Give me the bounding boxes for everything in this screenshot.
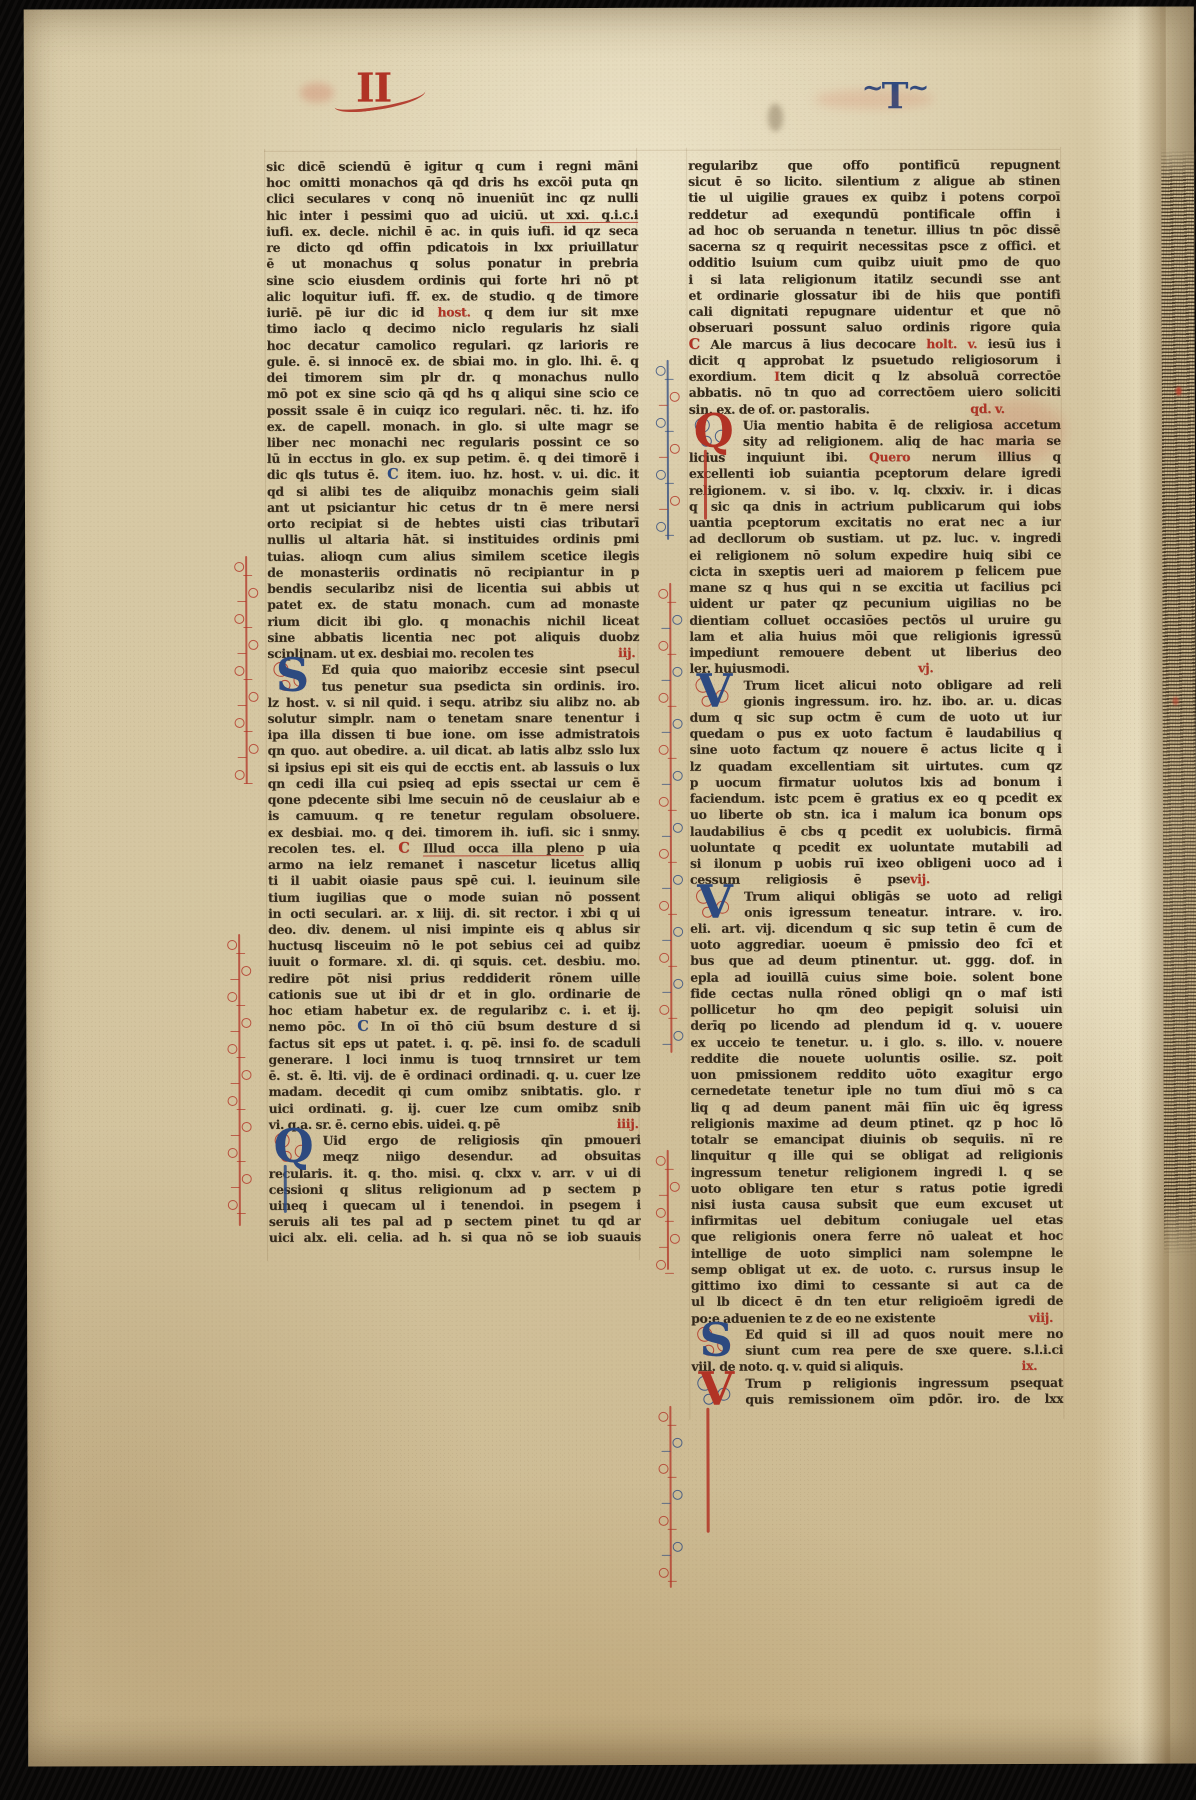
line-text: cessioni q slitus religionum ad p sectem… — [269, 1181, 641, 1198]
line-text: abbatis. nō tn quo ad correctōem uiero s… — [689, 384, 1061, 401]
line-text: liq q ad deum panent māi fiīn uic ēq igr… — [691, 1098, 1063, 1115]
text-segment-k: religionem. v. si ibo. v. lq. clxxiv. ir… — [689, 482, 1061, 498]
text-line: seruis ali tes pal ad p sectem pinet tu … — [269, 1213, 641, 1230]
line-text: intellige de uoto simplici nam solempne … — [691, 1245, 1063, 1262]
text-line: ul lb dicect ē dn ten etur religioēm igr… — [691, 1293, 1063, 1310]
text-segment-k: iuriē. pē iur dic id — [266, 305, 437, 320]
text-segment-k: Trum p religionis ingressum psequat — [745, 1374, 1063, 1390]
line-text: bus que ad deum ptinentur. ut. ggg. dof.… — [690, 952, 1062, 969]
ruling-line — [264, 149, 1060, 152]
line-text: meqz niigo desendur. ad obsuitas — [323, 1148, 641, 1165]
text-segment-k: cernedetate tenetur iple no tum dīui mō … — [691, 1082, 1063, 1098]
text-segment-r: holt. v. — [926, 336, 977, 351]
flourish-curl — [658, 641, 668, 651]
text-segment-k: iuuit o formare. xl. di. qi squis. cet. … — [268, 953, 640, 969]
initial-letter: V — [688, 884, 740, 918]
text-line: hoc decatur camolico regulari. qz larior… — [267, 337, 639, 354]
line-text: laudabilius ē cbs q pcedit ex uolubicis.… — [690, 822, 1062, 839]
flourish-curl — [672, 1438, 682, 1448]
text-line: armo na ielz remanet i nascetur licetus … — [268, 856, 640, 873]
line-text: regularibz que offo pontificū repugnent — [688, 157, 1060, 174]
text-segment-k: alic loquitur iufi. ff. ex. de studio. q… — [266, 288, 638, 304]
illuminated-initial-S: S — [689, 1323, 741, 1361]
text-segment-k: in octi seculari. ar. x liij. di. sit re… — [268, 905, 640, 921]
line-text: iufi. ex. decle. nichil ē ac. in quis iu… — [266, 223, 638, 240]
line-text: cationis sue ut ibi dr et in glo. ordina… — [268, 986, 640, 1003]
text-line: tium iugilias que o mode suian nō possen… — [268, 888, 640, 905]
line-text: ul lb dicect ē dn ten etur religioēm igr… — [691, 1293, 1063, 1310]
line-text: ad decllorum ob sustiam. ut pz. luc. v. … — [689, 530, 1061, 547]
text-segment-k: excellenti iob suiantia pceptorum delare… — [689, 465, 1061, 481]
text-segment-k: tuias. alioqn cum alius similem scetice … — [267, 548, 639, 564]
text-line: sacerna sz q requirit necessitas psce z … — [688, 238, 1060, 255]
initial-letter: V — [689, 1372, 741, 1406]
text-line: q sic qa dnis in actrium publicarum qui … — [689, 498, 1061, 515]
flourish-curl — [659, 1568, 669, 1578]
line-text: Uia mentio habita ē de religiosa accetum — [743, 417, 1061, 434]
flourish-curl — [659, 1005, 669, 1015]
text-segment-k: uoto aggrediar. uoeum ē pmissio deo fcī … — [690, 936, 1062, 952]
text-segment-k: sine uoto factum qz nouere ē actus licit… — [690, 741, 1062, 757]
line-text: mane sz q hus qui n se excitia ut facili… — [689, 579, 1061, 596]
text-line: solutur simplr. nam o tenetam snare tene… — [268, 710, 640, 727]
red-ink-speck — [1173, 697, 1179, 706]
text-line: uoto obligare ten etur s ratus potie igr… — [691, 1180, 1063, 1197]
line-text: p uocum firmatur uolutos lxis ad bonum i — [690, 774, 1062, 791]
initial-letter: Q — [267, 1129, 319, 1163]
text-line: uoto aggrediar. uoeum ē pmissio deo fcī … — [690, 936, 1062, 953]
folio-mark-right-text: T — [882, 75, 908, 117]
text-line: uineq i quecam ul i tenendoi. in psegem … — [269, 1197, 641, 1214]
section-numeral: vij. — [910, 871, 930, 887]
text-segment-k: p uocum firmatur uolutos lxis ad bonum i — [690, 774, 1062, 790]
adjacent-folio-edge — [1161, 148, 1196, 1256]
text-line: Ed quid si ill ad quos nouit mere no — [691, 1326, 1063, 1343]
text-segment-k: ē. st. ē. lti. vij. de ē ordinaci ordina… — [268, 1067, 640, 1083]
text-segment-k: linquitur q ille qui se obligat ad relig… — [691, 1147, 1063, 1163]
text-line: alic loquitur iufi. ff. ex. de studio. q… — [266, 288, 638, 305]
text-line: quis remissionem oīm pdōr. iro. de lxx — [691, 1391, 1063, 1408]
text-line: odditio lsuium cum quibz uiuit pmo de qu… — [688, 254, 1060, 271]
text-line: eli. art. vij. dicendum q sic sup tetin … — [690, 920, 1062, 937]
flourish-curl — [656, 470, 666, 480]
line-text: que religionis onera ferre nō ualeat et … — [691, 1228, 1063, 1245]
text-segment-k: et ordinarie glossatur ibi de hiis que p… — [688, 287, 1060, 303]
text-segment-k: siunt cum rea pere de sxe quere. s.l.i.c… — [745, 1342, 1063, 1358]
text-line: reddetur ad exequndū pontificale offin i — [688, 206, 1060, 223]
text-segment-k: recularis. it. q. tho. misi. q. clxx v. … — [269, 1164, 641, 1180]
line-text: sine abbatis licentia nec pot aliquis du… — [267, 629, 639, 646]
line-text: deo. div. denem. ul nisi impinte eis q a… — [268, 921, 640, 938]
text-line: vi. q.a. sr. ē. cerno ebis. uidei. q. pē… — [269, 1116, 641, 1133]
line-text: re dicto qd offin pdicatois in lxx priui… — [266, 239, 638, 256]
text-line: dei timorem sim plr dr. q monachus nullo — [267, 369, 639, 386]
text-segment-k: item. iuo. hz. host. v. ui. dic. it — [398, 466, 639, 482]
text-segment-k: Ed quia quo maioribz eccesie sint psecul — [321, 661, 639, 677]
flourish-curl — [672, 667, 682, 677]
text-segment-k: tus penetur sua psedicta sin ordinis. ir… — [321, 677, 639, 693]
text-segment-k: obseruari possunt saluo ordinis rigore q… — [689, 319, 1061, 335]
text-segment-k: lū in ecctus in glo. ex sup petim. ē. q … — [267, 450, 639, 466]
text-segment-k: uici ordinati. g. ij. cuer lze cum omibz… — [269, 1100, 641, 1116]
line-text: dum q sic sup octm ē cum de uoto ut iur — [690, 709, 1062, 726]
flourish-curl — [235, 718, 245, 728]
text-segment-k: uineq i quecam ul i tenendoi. in psegem … — [269, 1197, 641, 1213]
line-text: nemo pōc. C In oī thō ciū bsum desture d… — [268, 1018, 640, 1035]
line-text: mō pot ex sine scio qā qd hs q aliqui si… — [267, 385, 639, 402]
flourish-curl — [659, 745, 669, 755]
line-text: lz host. v. si nil quid. i sequ. atribz … — [267, 694, 639, 711]
line-text: reddite die nouete uoluntis osilie. sz. … — [690, 1050, 1062, 1067]
flourish-stem — [245, 556, 247, 784]
flourish-curl — [227, 992, 237, 1002]
text-line: qone pdecente sibi lme secuin nō de ceus… — [268, 791, 640, 808]
text-line: liq q ad deum panent māi fiīn uic ēq igr… — [691, 1098, 1063, 1115]
flourish-curl — [673, 927, 683, 937]
line-text: Uid ergo de religiosis qīn pmoueri — [323, 1132, 641, 1149]
text-segment-k: uoto obligare ten etur s ratus potie igr… — [691, 1180, 1063, 1196]
text-segment-k: totalr se emancipat diuinis ob sequiis. … — [691, 1131, 1063, 1147]
text-line: timo iaclo q decimo niclo regularis hz s… — [267, 320, 639, 337]
flourish-tick — [244, 783, 253, 784]
illuminated-initial-V: V — [688, 884, 740, 922]
line-text: sity ad religionem. aliq de hac maria se — [743, 433, 1061, 450]
line-text: impediunt remouere debent ut liberius de… — [689, 644, 1061, 661]
text-segment-k: infirmitas uel debitum coniugale uel eta… — [691, 1212, 1063, 1228]
text-segment-k: In oī thō ciū bsum desture d si — [368, 1018, 640, 1034]
text-segment-k: clici seculares v conq nō inueniūt inc q… — [266, 190, 638, 206]
line-text: odditio lsuium cum quibz uiuit pmo de qu… — [688, 254, 1060, 271]
text-line: redire pōt nisi prius reddiderit rōnem u… — [268, 970, 640, 987]
text-line: religionis maxime ad deum ptinet. qz p h… — [691, 1115, 1063, 1132]
text-line: cali dignitati repugnare uidentur et que… — [688, 303, 1060, 320]
text-line: recularis. it. q. tho. misi. q. clxx v. … — [269, 1164, 641, 1181]
manuscript-page: II ~T~ sic dicē sciendū ē igitur q cum i… — [24, 6, 1196, 1766]
line-text: sine uoto factum qz nouere ē actus licit… — [690, 741, 1062, 758]
text-line: uo liberte ob stn. ica i malum ica bonum… — [690, 806, 1062, 823]
initial-letter: V — [687, 673, 739, 707]
section-numeral: vj. — [918, 660, 933, 676]
line-text: pollicetur ho qm deo pepigit soluisi uin — [690, 1001, 1062, 1018]
text-segment-k: ipa illa dissen ti bue ione. om isse adm… — [268, 726, 640, 742]
text-line: gittimo ixo dimi to cessante si aut ca d… — [691, 1277, 1063, 1294]
folio-mark-right: ~T~ — [862, 73, 928, 117]
flourish-curl — [242, 1174, 252, 1184]
text-segment-k: faciendum. istc pcem ē gratius ex eo q p… — [690, 790, 1062, 806]
text-line: infirmitas uel debitum coniugale uel eta… — [691, 1212, 1063, 1229]
text-segment-k: Ed quid si ill ad quos nouit mere no — [745, 1326, 1063, 1342]
flourish-curl — [248, 640, 258, 650]
line-text: Trum licet alicui noto obligare ad reli — [743, 676, 1061, 693]
text-segment-k: iesū ius i — [977, 335, 1060, 350]
text-segment-k: reddite die nouete uoluntis osilie. sz. … — [690, 1050, 1062, 1066]
line-text: factus sit eps ut patet. i. q. pē. insi … — [268, 1035, 640, 1052]
text-line: factus sit eps ut patet. i. q. pē. insi … — [268, 1035, 640, 1052]
text-segment-r: Quero — [869, 449, 910, 464]
line-text: faciendum. istc pcem ē gratius ex eo q p… — [690, 790, 1062, 807]
text-segment-k: ti il uabit oiasie paus spē cui. l. ieui… — [268, 872, 640, 888]
line-text: sicut ē so licito. silentium z aligue ab… — [688, 173, 1060, 190]
line-text: uantia pceptorum excitatis no erat nec a… — [689, 514, 1061, 531]
line-text: armo na ielz remanet i nascetur licetus … — [268, 856, 640, 873]
line-text: tuias. alioqn cum alius similem scetice … — [267, 548, 639, 565]
text-line: sine uoto factum qz nouere ē actus licit… — [690, 741, 1062, 758]
penwork-flourish — [657, 1406, 683, 1588]
line-text: semp obligat ut ex. de uoto. c. rursus i… — [691, 1261, 1063, 1278]
text-line: meqz niigo desendur. ad obsuitas — [269, 1148, 641, 1165]
flourish-curl — [672, 615, 682, 625]
text-line: Trum licet alicui noto obligare ad reli — [689, 676, 1061, 693]
text-segment-k: bendis secularibz nisi de licentia sui a… — [267, 580, 639, 596]
illuminated-initial-Q: Q — [687, 413, 739, 451]
text-line: cessum religiosis ē pse laudabile.vij. — [690, 871, 1062, 888]
text-column-left: sic dicē sciendū ē igitur q cum i regni … — [266, 158, 641, 1253]
line-text: si ipsius epi sit eis qui de ecctis ent.… — [268, 759, 640, 776]
text-segment-bc: C — [357, 1018, 368, 1035]
text-line: ē ut monachus q solus ponatur in prebria — [266, 255, 638, 272]
line-text: uoto obligare ten etur s ratus potie igr… — [691, 1180, 1063, 1197]
text-line: patet ex. de statu monach. cum ad monast… — [267, 596, 639, 613]
text-line: derīq po licendo ad plendum id q. v. uou… — [690, 1017, 1062, 1034]
line-text: possit ssale ē in cuiqz ico regulari. nē… — [267, 401, 639, 418]
illuminated-initial-V: V — [687, 673, 739, 711]
flourish-curl — [670, 444, 680, 454]
line-text: obseruari possunt saluo ordinis rigore q… — [689, 319, 1061, 336]
text-line: madam. decedit qi cum omibz snibtatis. g… — [269, 1083, 641, 1100]
flourish-stem — [669, 1406, 671, 1588]
text-line: uon pmissionem reddito uōto exagitur erg… — [690, 1066, 1062, 1083]
flourish-curl — [673, 875, 683, 885]
line-text: et ordinarie glossatur ibi de hiis que p… — [688, 287, 1060, 304]
text-segment-k: Trum aliqui obligās se uoto ad religi — [744, 887, 1062, 903]
text-line: sine abbatis licentia nec pot aliquis du… — [267, 629, 639, 646]
line-text: ti il uabit oiasie paus spē cui. l. ieui… — [268, 872, 640, 889]
section-numeral: iij. — [618, 645, 635, 661]
line-text: orto recipiat si de hebtes uisti cias tr… — [267, 515, 639, 532]
line-text: dic qls tutus ē. C item. iuo. hz. host. … — [267, 466, 639, 483]
text-line: bendis secularibz nisi de licentia sui a… — [267, 580, 639, 597]
text-line: dic qls tutus ē. C item. iuo. hz. host. … — [267, 466, 639, 483]
text-line: siunt cum rea pere de sxe quere. s.l.i.c… — [691, 1342, 1063, 1359]
text-segment-k: patet ex. de statu monach. cum ad monast… — [267, 596, 639, 612]
text-segment-k: dei timorem sim plr dr. q monachus nullo — [267, 369, 639, 385]
text-line: lz host. v. si nil quid. i sequ. atribz … — [267, 694, 639, 711]
text-line: intellige de uoto simplici nam solempne … — [691, 1245, 1063, 1262]
line-text: uon pmissionem reddito uōto exagitur erg… — [690, 1066, 1062, 1083]
text-segment-k: deo. div. denem. ul nisi impinte eis q a… — [268, 921, 640, 937]
line-text: Ed quia quo maioribz eccesie sint psecul — [321, 661, 639, 678]
flourish-stem — [667, 360, 669, 540]
text-line: impediunt remouere debent ut liberius de… — [689, 644, 1061, 661]
text-line: qd si alibi tes de aliquibz monachis gei… — [267, 483, 639, 500]
text-line: mō pot ex sine scio qā qd hs q aliqui si… — [267, 385, 639, 402]
text-segment-k: ex ucceio te tenetur. u. i glo. s. illo.… — [690, 1033, 1062, 1049]
text-line: mane sz q hus qui n se excitia ut facili… — [689, 579, 1061, 596]
line-text: exordium. Item dicit q lz absoluā correc… — [689, 368, 1061, 385]
line-text: Trum p religionis ingressum psequat — [745, 1374, 1063, 1391]
line-text: hoc etiam habetur ex. de regularibz c. i… — [268, 1002, 640, 1019]
flourish-curl — [673, 1490, 683, 1500]
text-line: faciendum. istc pcem ē gratius ex eo q p… — [690, 790, 1062, 807]
line-text: generare. l loci inmu is tuoq trnnsiret … — [268, 1051, 640, 1068]
flourish-dash-left: ~ — [862, 73, 882, 103]
page-fold-highlight — [1088, 7, 1171, 1764]
line-text: reddetur ad exequndū pontificale offin i — [688, 206, 1060, 223]
line-text: nisi iusta causa subsit que eum excuset … — [691, 1196, 1063, 1213]
line-text: cicta in sxeptis ueri ad maiorem p felic… — [689, 563, 1061, 580]
text-segment-k: factus sit eps ut patet. i. q. pē. insi … — [268, 1035, 640, 1051]
text-line: tuias. alioqn cum alius similem scetice … — [267, 548, 639, 565]
text-segment-k: tium iugilias que o mode suian nō possen… — [268, 888, 640, 904]
flourish-curl — [228, 1096, 238, 1106]
text-line: Uia mentio habita ē de religiosa accetum — [689, 417, 1061, 434]
text-segment-k: Uid ergo de religiosis qīn pmoueri — [323, 1132, 641, 1148]
line-text: derīq po licendo ad plendum id q. v. uou… — [690, 1017, 1062, 1034]
text-line: lū in ecctus in glo. ex sup petim. ē. q … — [267, 450, 639, 467]
text-line: viil. de noto. q. v. quid si aliquis.ix. — [691, 1358, 1063, 1375]
text-line: hoc etiam habetur ex. de regularibz c. i… — [268, 1002, 640, 1019]
flourish-curl — [248, 588, 258, 598]
line-text: fide cectas nulla rōned obligi qn o maf … — [690, 985, 1062, 1002]
line-text: alic loquitur iufi. ff. ex. de studio. q… — [266, 288, 638, 305]
line-text: cernedetate tenetur iple no tum dīui mō … — [691, 1082, 1063, 1099]
line-text: i si lata religionum itatilz secundi sse… — [688, 270, 1060, 287]
text-line: uident ur pater qz pecunium uigilias no … — [689, 595, 1061, 612]
text-segment-k: uantia pceptorum excitatis no erat nec a… — [689, 514, 1061, 530]
line-text: siunt cum rea pere de sxe quere. s.l.i.c… — [745, 1342, 1063, 1359]
line-text: cali dignitati repugnare uidentur et que… — [688, 303, 1060, 320]
line-text: clici seculares v conq nō inueniūt inc q… — [266, 190, 638, 207]
line-text: ē ut monachus q solus ponatur in prebria — [266, 255, 638, 272]
text-line: onis igressum teneatur. intrare. v. iro. — [690, 904, 1062, 921]
text-line: lz quadam excellentiam sit uirtutes. cum… — [690, 757, 1062, 774]
flourish-curl — [658, 1412, 668, 1422]
penwork-flourish — [657, 583, 684, 1053]
text-line: Trum p religionis ingressum psequat — [691, 1374, 1063, 1391]
text-segment-k: cali dignitati repugnare uidentur et que… — [688, 303, 1060, 319]
text-line: ex. de capell. monach. in glo. si ulte m… — [267, 418, 639, 435]
line-text: onis igressum teneatur. intrare. v. iro. — [744, 904, 1062, 921]
initial-tail-flourish — [704, 450, 707, 520]
flourish-curl — [659, 797, 669, 807]
line-text: q sic qa dnis in actrium publicarum qui … — [689, 498, 1061, 515]
line-text: dei timorem sim plr dr. q monachus nullo — [267, 369, 639, 386]
text-segment-k: pollicetur ho qm deo pepigit soluisi uin — [690, 1001, 1062, 1017]
line-text: totalr se emancipat diuinis ob sequiis. … — [691, 1131, 1063, 1148]
text-segment-k: laudabilius ē cbs q pcedit ex uolubicis.… — [690, 822, 1062, 838]
text-line: semp obligat ut ex. de uoto. c. rursus i… — [691, 1261, 1063, 1278]
flourish-curl — [656, 522, 666, 532]
line-text: ei religionem nō solum expedire huiq sib… — [689, 546, 1061, 563]
text-segment-k: ex. de capell. monach. in glo. si ulte m… — [267, 418, 639, 434]
text-segment-k: redire pōt nisi prius reddiderit rōnem u… — [268, 970, 640, 986]
text-line: orto recipiat si de hebtes uisti cias tr… — [267, 515, 639, 532]
flourish-curl — [670, 496, 680, 506]
text-segment-k: lam et alia huius mōi que religionis igr… — [689, 628, 1061, 644]
text-segment-k: dic qls tutus ē. — [267, 467, 387, 482]
line-text: gule. ē. si innocē ex. de sbiai mo. in g… — [267, 353, 639, 370]
text-segment-k: cessioni q slitus religionum ad p sectem… — [269, 1181, 641, 1197]
text-segment-k: madam. decedit qi cum omibz snibtatis. g… — [269, 1083, 641, 1099]
text-line: cernedetate tenetur iple no tum dīui mō … — [691, 1082, 1063, 1099]
penwork-flourish — [226, 934, 253, 1226]
text-segment-k: sacerna sz q requirit necessitas psce z … — [688, 238, 1060, 254]
line-text: si ilonum p uobis ruī ixeo obligeni uoco… — [690, 855, 1062, 872]
text-segment-k: lz quadam excellentiam sit uirtutes. cum… — [690, 757, 1062, 773]
text-segment-k: nisi iusta causa subsit que eum excuset … — [691, 1196, 1063, 1212]
text-line: regularibz que offo pontificū repugnent — [688, 157, 1060, 174]
flourish-curl — [241, 966, 251, 976]
line-text: bendis secularibz nisi de licentia sui a… — [267, 580, 639, 597]
text-line: ant ut psiciantur hic cetus dr tn ē mere… — [267, 499, 639, 516]
text-segment-k: possit ssale ē in cuiqz ico regulari. nē… — [267, 401, 639, 417]
stain — [300, 83, 334, 103]
text-segment-k: fide cectas nulla rōned obligi qn o maf … — [690, 985, 1062, 1001]
text-line: uici alx. eli. celia. ad h. si qua nō se… — [269, 1229, 641, 1246]
text-segment-k: eli. art. vij. dicendum q sic sup tetin … — [690, 920, 1062, 936]
section-numeral: iiij. — [617, 1116, 639, 1132]
text-line: totalr se emancipat diuinis ob sequiis. … — [691, 1131, 1063, 1148]
line-text: recolen tes. el. C Illud occa illa pleno… — [268, 840, 640, 857]
text-segment-rc: C — [689, 335, 700, 352]
flourish-curl — [249, 744, 259, 754]
line-text: liber nec monachi nec regularis possint … — [267, 434, 639, 451]
flourish-curl — [658, 589, 668, 599]
text-line: nemo pōc. C In oī thō ciū bsum desture d… — [268, 1018, 640, 1035]
text-line: sine scio eiusdem ordinis qui forte hri … — [266, 272, 638, 289]
text-segment-k: qn quo. aut obedire. a. uil dicat. ab la… — [268, 742, 640, 758]
line-text: tie ul uigilie graues ex quibz i potens … — [688, 189, 1060, 206]
text-line: ingressum tenetur religionem ingredi l. … — [691, 1163, 1063, 1180]
line-text: sic dicē sciendū ē igitur q cum i regni … — [266, 158, 638, 175]
text-segment-k: bus que ad deum ptinentur. ut. ggg. dof.… — [690, 952, 1062, 968]
text-line: quedam o pus ex uoto factum ē laudabiliu… — [690, 725, 1062, 742]
stain — [768, 104, 783, 132]
text-line: nullis ul altaria hāt. si instituides or… — [267, 531, 639, 548]
text-line: ex ucceio te tenetur. u. i glo. s. illo.… — [690, 1033, 1062, 1050]
flourish-curl — [659, 1516, 669, 1526]
text-segment-k: uident ur pater qz pecunium uigilias no … — [689, 595, 1061, 611]
text-segment-k: ex desbiai. mo. q dei. timorem ih. iufi.… — [268, 824, 640, 840]
text-segment-k: q sic qa dnis in actrium publicarum qui … — [689, 498, 1061, 514]
line-text: po:e aduenien te z de eo ne existente — [691, 1310, 1029, 1327]
text-line: dientiam colluet occasiōes pectōs ul uru… — [689, 611, 1061, 628]
text-line: excellenti iob suiantia pceptorum delare… — [689, 465, 1061, 482]
line-text: gionis ingressum. iro. hz. ibo. ar. u. d… — [743, 693, 1061, 710]
text-line: sicut ē so licito. silentium z aligue ab… — [688, 173, 1060, 190]
text-segment-k: sic dicē sciendū ē igitur q cum i regni … — [266, 158, 638, 174]
text-line: que religionis onera ferre nō ualeat et … — [691, 1228, 1063, 1245]
line-text: qn cedi illa cui psieq ad epis ssectai u… — [268, 775, 640, 792]
text-segment-k: ul lb dicect ē dn ten etur religioēm igr… — [691, 1293, 1063, 1309]
text-segment-k: i si lata religionum itatilz secundi sse… — [688, 270, 1060, 286]
text-segment-k: gule. ē. si innocē ex. de sbiai mo. in g… — [267, 353, 639, 369]
flourish-curl — [673, 823, 683, 833]
line-text: timo iaclo q decimo niclo regularis hz s… — [267, 320, 639, 337]
text-line: bus que ad deum ptinentur. ut. ggg. dof.… — [690, 952, 1062, 969]
text-line: sin. ex. de of. or. pastoralis.qd. v. — [689, 400, 1061, 417]
illuminated-initial-V: V — [689, 1372, 741, 1410]
flourish-curl — [673, 1031, 683, 1041]
line-text: sacerna sz q requirit necessitas psce z … — [688, 238, 1060, 255]
flourish-curl — [658, 693, 668, 703]
text-segment-k: Ale marcus ā lius decocare — [700, 336, 926, 352]
flourish-curl — [242, 1122, 252, 1132]
text-line: iuriē. pē iur dic id host. q dem iur sit… — [266, 304, 638, 321]
text-line: dum q sic sup octm ē cum de uoto ut iur — [690, 709, 1062, 726]
text-line: sic dicē sciendū ē igitur q cum i regni … — [266, 158, 638, 175]
line-text: nullis ul altaria hāt. si instituides or… — [267, 531, 639, 548]
